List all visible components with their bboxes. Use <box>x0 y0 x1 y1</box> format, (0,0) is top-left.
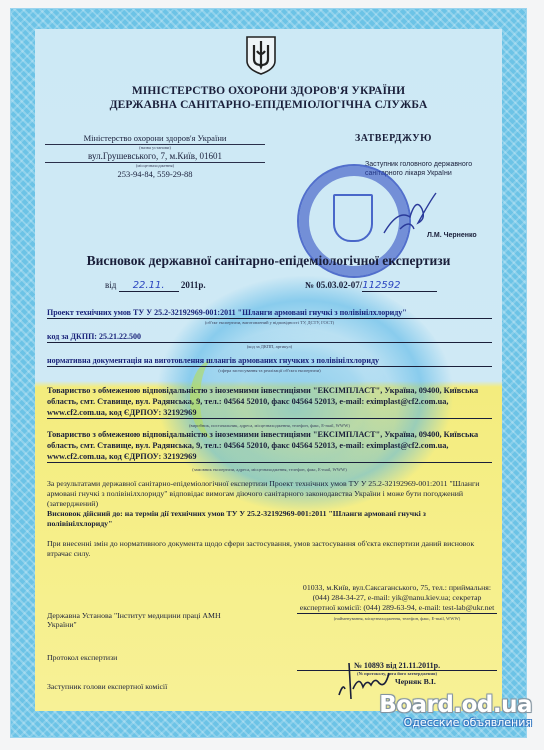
watermark-brand: Board.od.ua <box>379 693 532 717</box>
scope-value: нормативна документація на виготовлення … <box>47 356 492 367</box>
conclusion-result: За результатами державної санітарно-епід… <box>47 479 492 509</box>
document-date: від 22.11. 2011р. <box>105 280 206 292</box>
protocol-label: Протокол експертизи <box>47 653 117 662</box>
field-code: код за ДКПП: 25.21.22.500 (код за ДКПП, … <box>47 332 492 349</box>
manufacturer-block: Товариство з обмеженою відповідальністю … <box>47 385 492 431</box>
approval-signer: Л.М. Черненко <box>427 232 477 239</box>
contacts-text: 01033, м.Київ, вул.Саксаганського, 75, т… <box>297 583 497 614</box>
field-object: Проект технічних умов ТУ У 25.2-32192969… <box>47 308 492 325</box>
issuer-address: вул.Грушевського, 7, м.Київ, 01601 <box>45 150 265 163</box>
date-year: 2011р. <box>181 280 206 290</box>
certificate-page: МІНІСТЕРСТВО ОХОРОНИ ЗДОРОВ'Я УКРАЇНИ ДЕ… <box>35 29 502 711</box>
expert-institution-name: Державна Установа "Інститут медицини пра… <box>47 611 247 629</box>
issuer-name: Міністерство охорони здоров'я України <box>45 132 265 145</box>
customer-block: Товариство з обмеженою відповідальністю … <box>47 429 492 475</box>
watermark: Board.od.ua Одесские объявления <box>379 693 532 729</box>
manufacturer-text: Товариство з обмеженою відповідальністю … <box>47 385 492 419</box>
ministry-heading: МІНІСТЕРСТВО ОХОРОНИ ЗДОРОВ'Я УКРАЇНИ <box>35 85 502 97</box>
protocol-value: № 10893 від 21.11.2011р. <box>297 661 497 671</box>
scope-caption: (сфера застосування та реалізації об'єкт… <box>47 368 492 373</box>
document-title: Висновок державної санітарно-епідеміолог… <box>35 253 502 269</box>
customer-caption: (замовник експертизи, адреса, місцезнахо… <box>47 464 492 475</box>
stamp-emblem-icon <box>333 194 373 242</box>
conclusion-validity: Висновок дійсний до: на термін дії техні… <box>47 509 492 529</box>
deputy-head-label: Заступник голови експертної комісії <box>47 682 167 691</box>
number-handwritten: 112592 <box>362 280 400 291</box>
issuer-block: Міністерство охорони здоров'я України (н… <box>45 132 265 180</box>
code-value: код за ДКПП: 25.21.22.500 <box>47 332 492 343</box>
customer-text: Товариство з обмеженою відповідальністю … <box>47 429 492 463</box>
expert-institution-contacts: 01033, м.Київ, вул.Саксаганського, 75, т… <box>297 583 497 624</box>
deputy-head-signer: Черняк В.І. <box>395 677 436 686</box>
code-caption: (код за ДКПП, артикул) <box>47 344 492 349</box>
watermark-tagline: Одесские объявления <box>379 717 532 729</box>
object-value: Проект технічних умов ТУ У 25.2-32192969… <box>47 308 492 319</box>
coat-of-arms-icon <box>245 35 277 75</box>
certificate-border: МІНІСТЕРСТВО ОХОРОНИ ЗДОРОВ'Я УКРАЇНИ ДЕ… <box>10 8 527 738</box>
issuer-phones: 253-94-84, 559-29-88 <box>45 168 265 180</box>
protocol-caption: (№ протоколу, дата його затвердження) <box>297 671 497 676</box>
date-prefix: від <box>105 280 116 290</box>
object-caption: (об'єкт експертизи, виготовлений у відпо… <box>47 320 492 325</box>
contacts-caption: (найменування, місцезнаходження, телефон… <box>297 614 497 624</box>
protocol-block: № 10893 від 21.11.2011р. (№ протоколу, д… <box>297 661 497 676</box>
date-handwritten: 22.11. <box>133 280 165 291</box>
conclusion-warning: При внесенні змін до нормативного докуме… <box>47 539 492 559</box>
service-heading: ДЕРЖАВНА САНІТАРНО-ЕПІДЕМІОЛОГІЧНА СЛУЖБ… <box>35 99 502 111</box>
field-scope: нормативна документація на виготовлення … <box>47 356 492 373</box>
number-prefix: № 05.03.02-07/ <box>305 280 362 290</box>
approval-label: ЗАТВЕРДЖУЮ <box>355 133 432 144</box>
document-number: № 05.03.02-07/112592 <box>305 280 437 292</box>
